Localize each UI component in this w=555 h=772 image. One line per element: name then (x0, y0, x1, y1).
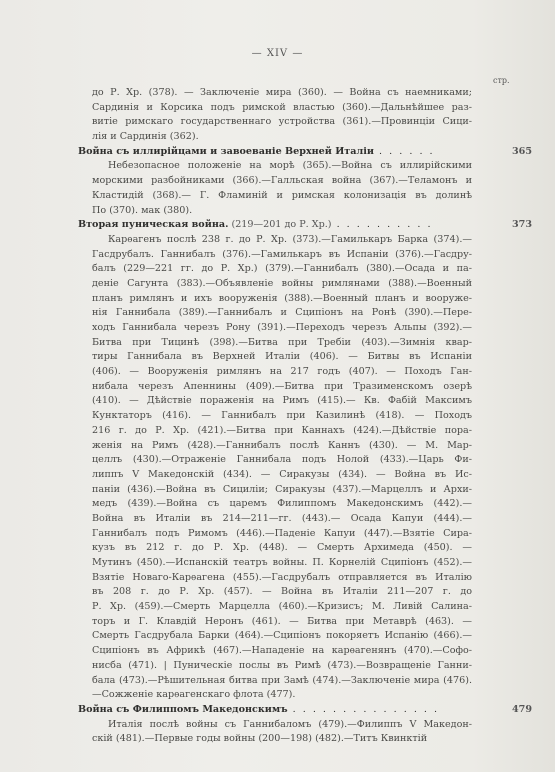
leader-dots: . . . . . . . . . . . . . . . (288, 704, 440, 715)
toc-entry-line: бала (473).—Рѣшительная битва при Замѣ (… (92, 674, 472, 689)
toc-entry-line: морскими разбойниками (366).—Галльская в… (92, 174, 472, 189)
toc-entry-line: медъ (439).—Война съ царемъ Филиппомъ Ма… (92, 497, 472, 512)
toc-entry-line: тиры Ганнибала въ Верхней Италіи (406). … (92, 350, 472, 365)
toc-entry-line: планъ римлянъ и ихъ вооруженія (388).—Во… (92, 292, 472, 307)
toc-entry-line: Кунктаторъ (416). — Ганнибалъ при Казили… (92, 409, 472, 424)
toc-entry-line: Сципіонъ въ Африкѣ (467).—Нападеніе на к… (92, 644, 472, 659)
toc-entry-line: Взятіе Новаго-Карѳагена (455).—Гасдрубал… (92, 571, 472, 586)
section-title: Вторая пуническая война. (78, 219, 228, 230)
toc-entry-line: торъ и Г. Клавдій Неронъ (461). — Битва … (92, 615, 472, 630)
toc-section-heading: Война съ иллирійцами и завоеваніе Верхне… (78, 145, 474, 160)
book-page: — XIV — стр. до Р. Хр. (378). — Заключен… (0, 0, 555, 772)
toc-entry-line: въ 208 г. до Р. Хр. (457). — Война въ Ит… (92, 585, 472, 600)
page-folio: — XIV — (0, 48, 555, 59)
section-title: Война съ Филиппомъ Македонскимъ (78, 704, 288, 715)
toc-entry-line: 216 г. до Р. Хр. (421).—Битва при Каннах… (92, 424, 472, 439)
toc-entry-line: лія и Сардинія (362). (92, 130, 472, 145)
toc-entry-line: витіе римскаго государственнаго устройст… (92, 115, 472, 130)
section-title: Война съ иллирійцами и завоеваніе Верхне… (78, 146, 374, 157)
toc-entry-line: Гасдрубалъ. Ганнибалъ (376).—Гамилькаръ … (92, 248, 472, 263)
toc-entry-line: Кластидій (368).— Г. Фламиній и римская … (92, 189, 472, 204)
toc-entry-line: нія Ганнибала (389).—Ганнибалъ и Сципіон… (92, 306, 472, 321)
toc-entry-line: Сардинія и Корсика подъ римской властью … (92, 101, 472, 116)
toc-entry-line: Небезопасное положеніе на морѣ (365).—Во… (92, 159, 472, 174)
toc-section-heading: Война съ Филиппомъ Македонскимъ . . . . … (78, 703, 474, 718)
toc-entry-line: (406). — Вооруженія римлянъ на 217 годъ … (92, 365, 472, 380)
toc-entry-line: Битва при Тицинѣ (398).—Битва при Требіи… (92, 336, 472, 351)
leader-dots: . . . . . . . . . . (332, 219, 433, 230)
section-page-number: 365 (512, 145, 532, 160)
toc-entry-line: Италія послѣ войны съ Ганнибаломъ (479).… (92, 718, 472, 733)
toc-entry-line: Р. Хр. (459).—Смерть Марцелла (460).—Кри… (92, 600, 472, 615)
toc-entry-line: нисба (471). | Пуническіе послы въ Римѣ … (92, 659, 472, 674)
page-column-header: стр. (493, 76, 510, 85)
toc-entry-line: По (370). мак (380). (92, 204, 472, 219)
toc-entry-line: Смерть Гасдрубала Барки (464).—Сципіонъ … (92, 629, 472, 644)
toc-entry-line: деніе Сагунта (383).—Объявленіе войны ри… (92, 277, 472, 292)
toc-entry-line: Мутинъ (450).—Испанскій театръ войны. П.… (92, 556, 472, 571)
toc-entry-line: паніи (436).—Война въ Сициліи; Сиракузы … (92, 483, 472, 498)
leader-dots: . . . . . . (374, 146, 435, 157)
toc-entry-line: балъ (229—221 гг. до Р. Хр.) (379).—Ганн… (92, 262, 472, 277)
toc-entry-line: женія на Римъ (428).—Ганнибалъ послѣ Кан… (92, 439, 472, 454)
section-dates: (219—201 до Р. Хр.) (228, 219, 331, 230)
toc-entry-line: липпъ V Македонскій (434). — Сиракузы (4… (92, 468, 472, 483)
toc-entry-line: целлъ (430).—Отраженіе Ганнибала подъ Но… (92, 453, 472, 468)
toc-entry-line: Ганнибалъ подъ Римомъ (446).—Паденіе Кап… (92, 527, 472, 542)
toc-entry-line: —Сожженіе карѳагенскаго флота (477). (92, 688, 472, 703)
table-of-contents: до Р. Хр. (378). — Заключеніе мира (360)… (92, 86, 472, 747)
section-page-number: 373 (512, 218, 532, 233)
toc-entry-line: кузъ въ 212 г. до Р. Хр. (448). — Смерть… (92, 541, 472, 556)
toc-entry-line: ходъ Ганнибала черезъ Рону (391).—Перехо… (92, 321, 472, 336)
toc-entry-line: до Р. Хр. (378). — Заключеніе мира (360)… (92, 86, 472, 101)
toc-section-heading: Вторая пуническая война. (219—201 до Р. … (78, 218, 474, 233)
toc-entry-line: Карѳагенъ послѣ 238 г. до Р. Хр. (373).—… (92, 233, 472, 248)
section-page-number: 479 (512, 703, 532, 718)
toc-entry-line: нибала черезъ Апеннины (409).—Битва при … (92, 380, 472, 395)
toc-entry-line: (410). — Дѣйствіе пораженія на Римъ (415… (92, 394, 472, 409)
toc-entry-line: скій (481).—Первые годы войны (200—198) … (92, 732, 472, 747)
toc-entry-line: Война въ Италіи въ 214—211—гг. (443).— О… (92, 512, 472, 527)
